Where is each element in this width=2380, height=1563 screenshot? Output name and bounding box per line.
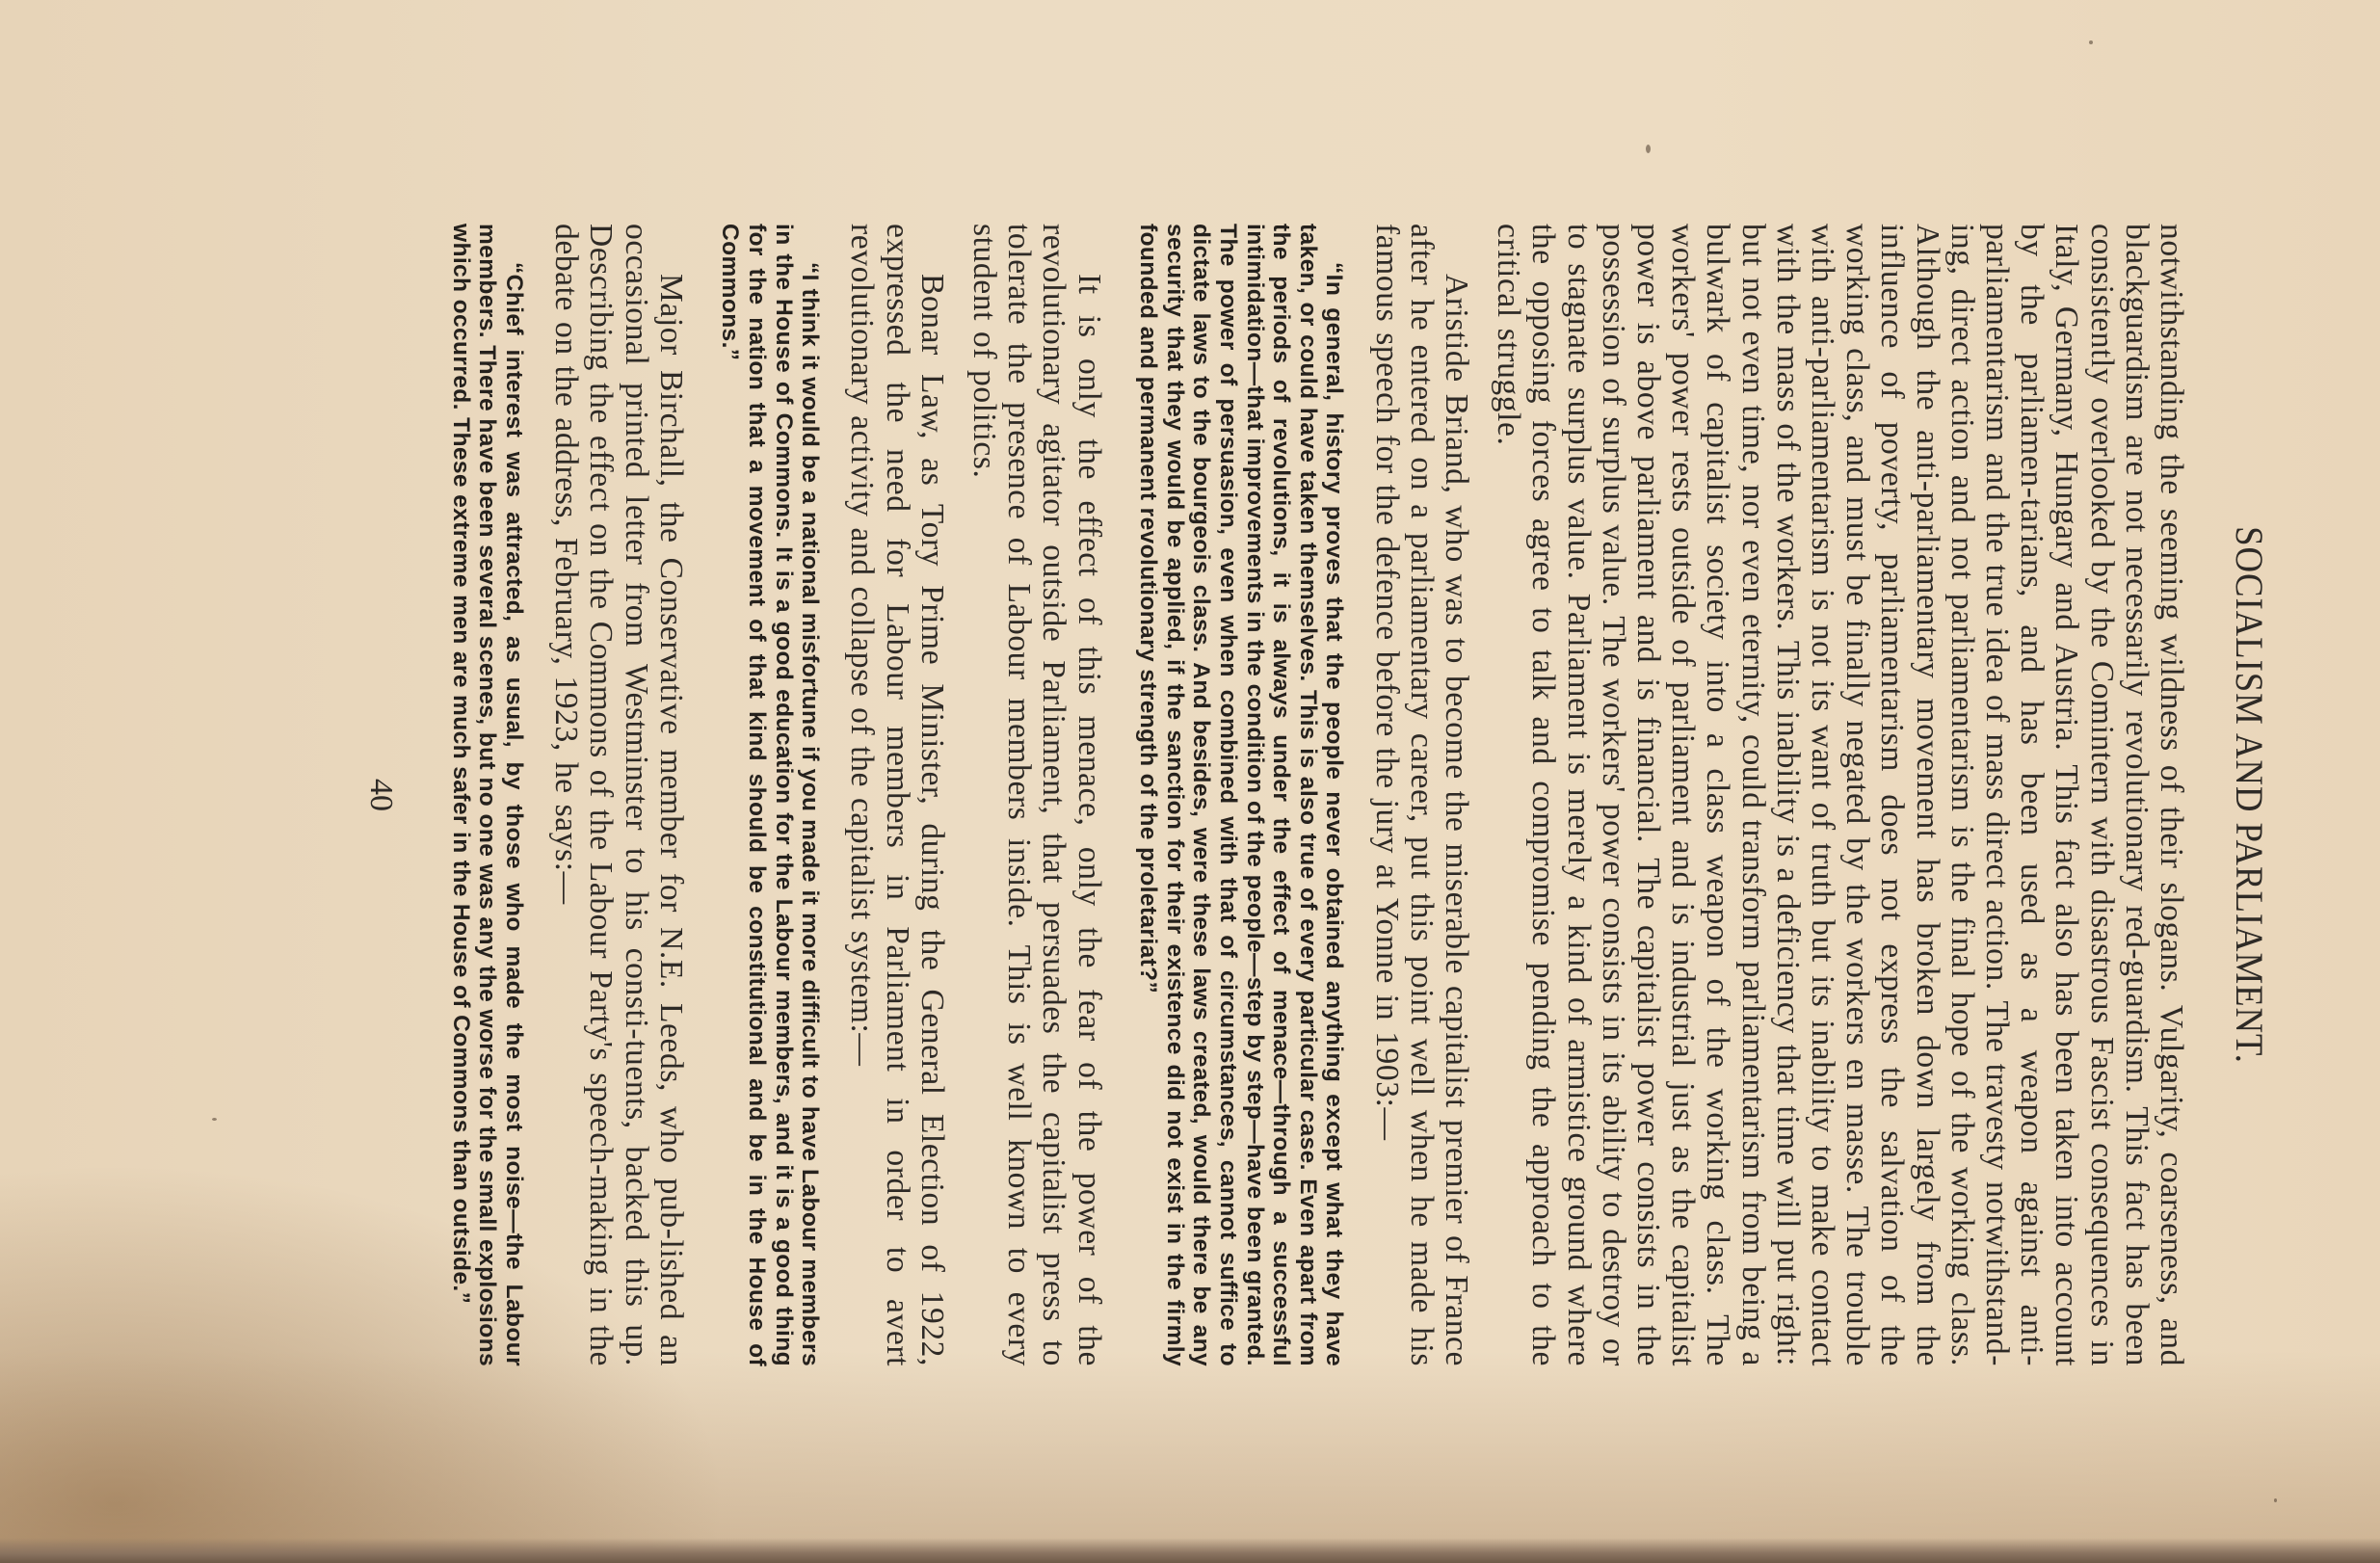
block-quote-bonar-law: “I think it would be a national misfortu… bbox=[717, 224, 823, 1366]
body-paragraph-birchall: Major Birchall, the Conservative member … bbox=[548, 224, 688, 1366]
body-paragraph-menace: It is only the effect of this menace, on… bbox=[966, 224, 1106, 1366]
block-quote-birchall: “Chief interest was attracted, as usual,… bbox=[447, 224, 527, 1366]
paper-speck bbox=[212, 1118, 217, 1121]
paper-speck bbox=[1177, 1021, 1180, 1024]
body-paragraph-bonar-law: Bonar Law, as Tory Prime Minister, durin… bbox=[844, 224, 949, 1366]
body-paragraph-parliamentarism: notwithstanding the seeming wildness of … bbox=[1491, 224, 2188, 1366]
paper-speck bbox=[1646, 145, 1651, 153]
book-page: SOCIALISM AND PARLIAMENT. notwithstandin… bbox=[0, 0, 2380, 1563]
page-number: 40 bbox=[362, 224, 399, 1366]
body-paragraph-briand: Aristide Briand, who was to become the m… bbox=[1368, 224, 1473, 1366]
block-quote-briand: “In general, history proves that the peo… bbox=[1135, 224, 1348, 1366]
paper-speck bbox=[2274, 1498, 2277, 1502]
paper-speck bbox=[2089, 40, 2093, 44]
running-head: SOCIALISM AND PARLIAMENT. bbox=[2227, 269, 2272, 1320]
page-text-block: SOCIALISM AND PARLIAMENT. notwithstandin… bbox=[418, 224, 2272, 1366]
scanned-page-background: SOCIALISM AND PARLIAMENT. notwithstandin… bbox=[0, 0, 2380, 1563]
